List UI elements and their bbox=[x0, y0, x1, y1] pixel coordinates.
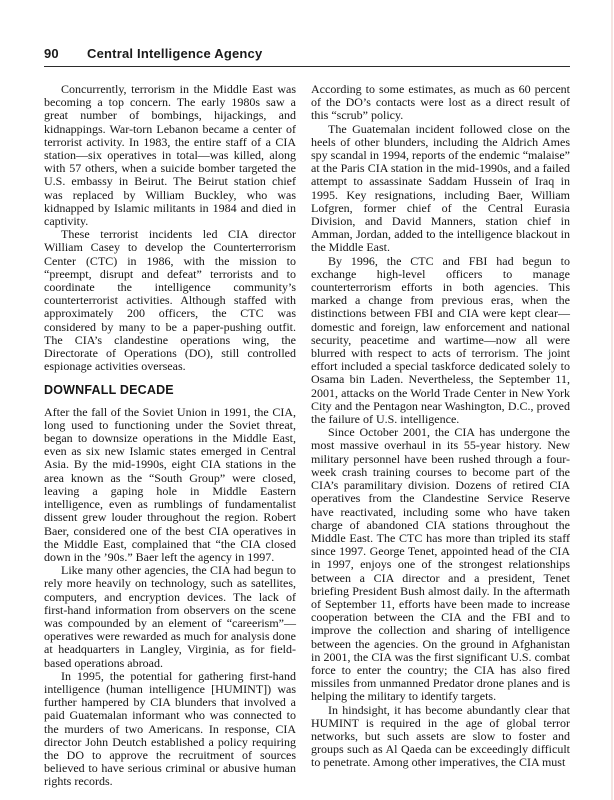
body-paragraph: According to some estimates, as much as … bbox=[311, 83, 570, 123]
running-title: Central Intelligence Agency bbox=[87, 46, 262, 61]
body-paragraph: Like many other agencies, the CIA had be… bbox=[44, 564, 296, 670]
body-paragraph: By 1996, the CTC and FBI had begun to ex… bbox=[311, 255, 570, 427]
scan-edge-artifact bbox=[611, 0, 613, 800]
section-heading: DOWNFALL DECADE bbox=[44, 384, 296, 397]
column-right: According to some estimates, as much as … bbox=[311, 83, 570, 789]
book-page: 90Central Intelligence Agency Concurrent… bbox=[0, 0, 614, 800]
body-paragraph: These terrorist incidents led CIA direct… bbox=[44, 228, 296, 373]
body-paragraph: In hindsight, it has become abundantly c… bbox=[311, 704, 570, 770]
page-number: 90 bbox=[44, 46, 87, 61]
page-header: 90Central Intelligence Agency bbox=[44, 46, 570, 67]
body-paragraph: In 1995, the potential for gathering fir… bbox=[44, 670, 296, 789]
body-paragraph: After the fall of the Soviet Union in 19… bbox=[44, 406, 296, 564]
body-paragraph: Since October 2001, the CIA has undergon… bbox=[311, 426, 570, 703]
body-paragraph: Concurrently, terrorism in the Middle Ea… bbox=[44, 83, 296, 228]
text-columns: Concurrently, terrorism in the Middle Ea… bbox=[44, 83, 570, 789]
body-paragraph: The Guatemalan incident followed close o… bbox=[311, 123, 570, 255]
column-left: Concurrently, terrorism in the Middle Ea… bbox=[44, 83, 296, 789]
